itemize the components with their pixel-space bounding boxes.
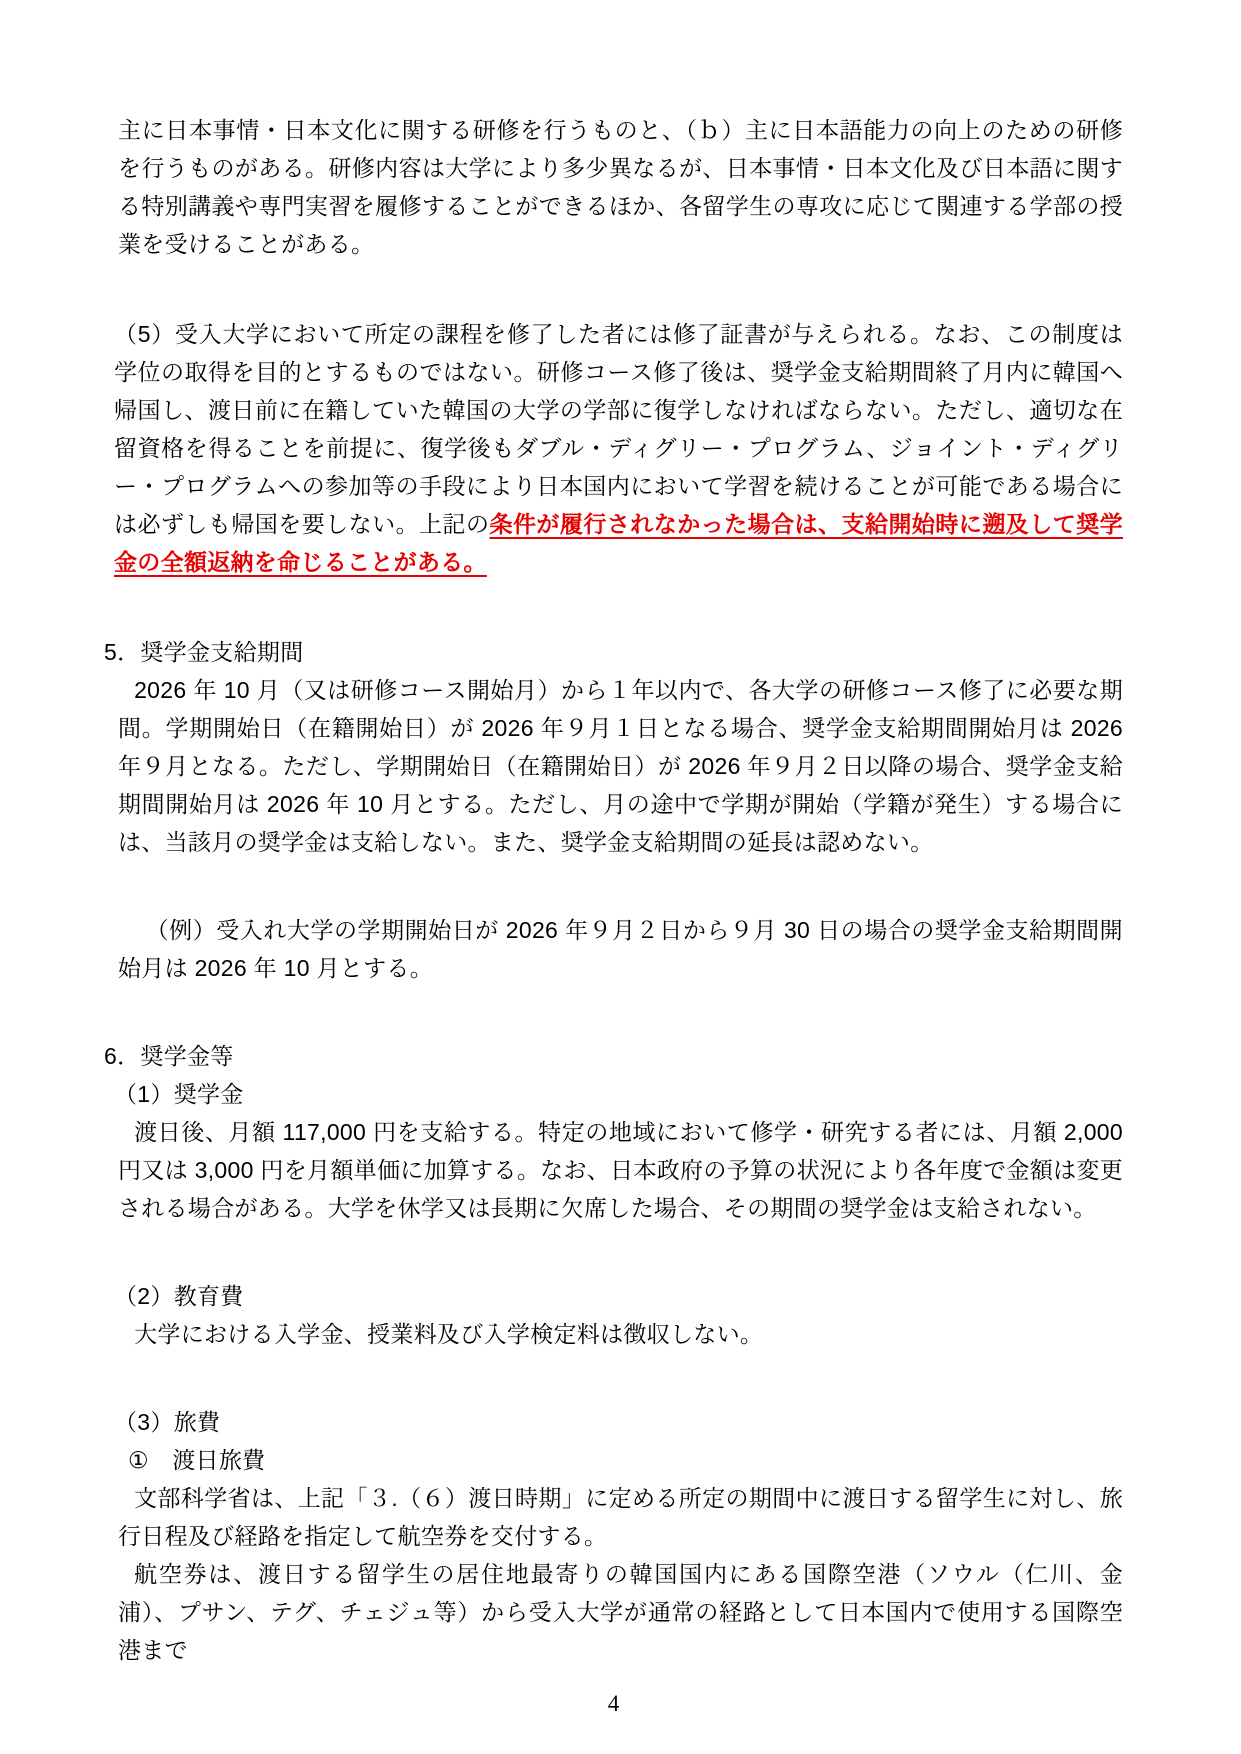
section-5-paragraph: 2026 年 10 月（又は研修コース開始月）から１年以内で、各大学の研修コース… bbox=[118, 671, 1123, 861]
item-6-3-1-paragraph-a: 文部科学省は、上記「３.（６）渡日時期」に定める所定の期間中に渡日する留学生に対… bbox=[118, 1479, 1123, 1555]
item-6-1-heading: （1）奨学金 bbox=[114, 1075, 1123, 1113]
section-5-example-paragraph: （例）受入れ大学の学期開始日が 2026 年９月２日から９月 30 日の場合の奨… bbox=[118, 911, 1123, 987]
page-number: 4 bbox=[104, 1685, 1123, 1723]
clause-5-paragraph: （5）受入大学において所定の課程を修了した者には修了証書が与えられる。なお、この… bbox=[114, 315, 1123, 581]
clause-5-text: （5）受入大学において所定の課程を修了した者には修了証書が与えられる。なお、この… bbox=[114, 321, 1123, 537]
item-6-2-paragraph: 大学における入学金、授業料及び入学検定料は徴収しない。 bbox=[118, 1315, 1123, 1353]
section-6-heading: 6．奨学金等 bbox=[104, 1037, 1123, 1075]
document-page: 主に日本事情・日本文化に関する研修を行うものと、（ｂ）主に日本語能力の向上のため… bbox=[0, 0, 1241, 1754]
item-6-3-heading: （3）旅費 bbox=[114, 1403, 1123, 1441]
paragraph-intro-continuation: 主に日本事情・日本文化に関する研修を行うものと、（ｂ）主に日本語能力の向上のため… bbox=[118, 111, 1123, 263]
item-6-1-paragraph: 渡日後、月額 117,000 円を支給する。特定の地域において修学・研究する者に… bbox=[118, 1113, 1123, 1227]
item-6-3-1-paragraph-b: 航空券は、渡日する留学生の居住地最寄りの韓国国内にある国際空港（ソウル（仁川、金… bbox=[118, 1555, 1123, 1669]
item-6-3-1-heading: ① 渡日旅費 bbox=[128, 1441, 1123, 1479]
item-6-2-heading: （2）教育費 bbox=[114, 1277, 1123, 1315]
section-5-heading: 5．奨学金支給期間 bbox=[104, 633, 1123, 671]
